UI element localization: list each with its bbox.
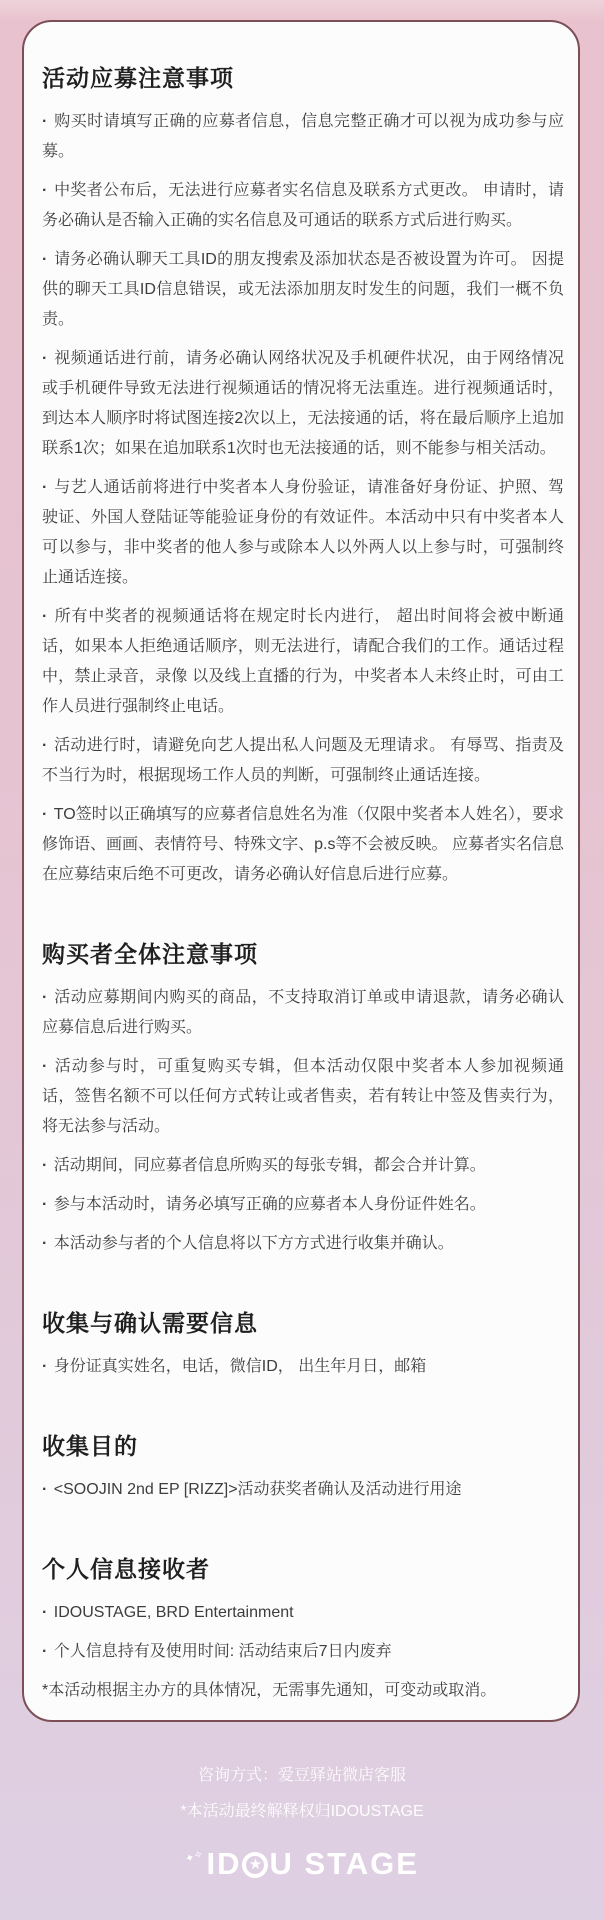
bullet-item: · 个人信息持有及使用时间: 活动结束后7日内废弃 [42,1637,564,1667]
bullet-dot-icon: · [42,1235,52,1252]
bullet-item: · 活动期间，同应募者信息所购买的每张专辑，都会合并计算。 [42,1151,564,1181]
bullet-item: · 活动参与时，可重复购买专辑，但本活动仅限中奖者本人参加视频通话，签售名额不可… [42,1052,564,1142]
section-heading: 个人信息接收者 [42,1551,564,1584]
footer-rights-line: *本活动最终解释权归IDOUSTAGE [0,1804,604,1820]
bullet-dot-icon: · [42,737,52,754]
notice-card: 活动应募注意事项· 购买时请填写正确的应募者信息，信息完整正确才可以视为成功参与… [22,20,580,1722]
bullet-dot-icon: · [42,1196,52,1213]
bullet-dot-icon: · [42,1481,52,1498]
star-in-circle-icon: ★ [242,1852,268,1878]
bullet-dot-icon: · [42,1643,52,1660]
section-heading: 收集目的 [42,1428,564,1461]
bullet-item: · 请务必确认聊天工具ID的朋友搜索及添加状态是否被设置为许可。 因提供的聊天工… [42,245,564,335]
bullet-dot-icon: · [42,479,52,496]
bullet-item: · IDOUSTAGE, BRD Entertainment [42,1598,564,1628]
bullet-item: · 参与本活动时，请务必填写正确的应募者本人身份证件姓名。 [42,1190,564,1220]
footer: 咨询方式：爱豆驿站微店客服 *本活动最终解释权归IDOUSTAGE ✦✧ ID … [0,1768,604,1882]
sparkle-stars-icon: ✦✧ [183,1847,205,1866]
bullet-item: · <SOOJIN 2nd EP [RIZZ]>活动获奖者确认及活动进行用途 [42,1475,564,1505]
section-heading: 购买者全体注意事项 [42,936,564,969]
note-item: *本活动根据主办方的具体情况，无需事先通知，可变动或取消。 [42,1676,564,1706]
card-sections: 活动应募注意事项· 购买时请填写正确的应募者信息，信息完整正确才可以视为成功参与… [42,60,564,1722]
bullet-dot-icon: · [42,1058,53,1075]
bullet-dot-icon: · [42,350,52,367]
logo-text-right: U STAGE [269,1846,419,1882]
bullet-item: · 视频通话进行前，请务必确认网络状况及手机硬件状况，由于网络情况或手机硬件导致… [42,344,564,464]
section-heading: 收集与确认需要信息 [42,1305,564,1338]
bullet-dot-icon: · [42,806,52,823]
bullet-item: · 身份证真实姓名，电话，微信ID， 出生年月日，邮箱 [42,1352,564,1382]
section-heading: 活动应募注意事项 [42,60,564,93]
bullet-item: · 本活动参与者的个人信息将以下方方式进行收集并确认。 [42,1229,564,1259]
logo-text-left: ID [206,1846,241,1882]
bullet-item: · 所有中奖者的视频通话将在规定时长内进行， 超出时间将会被中断通话，如果本人拒… [42,602,564,722]
bullet-item: · 中奖者公布后，无法进行应募者实名信息及联系方式更改。 申请时，请务必确认是否… [42,176,564,236]
bullet-item: · 与艺人通话前将进行中奖者本人身份验证，请准备好身份证、护照、驾驶证、外国人登… [42,473,564,593]
note-item: *活动期间内售卖的商品，将在视频活动结束后陆续发出。根据商品入库实际情况，出库日… [42,1715,564,1722]
footer-contact-line: 咨询方式：爱豆驿站微店客服 [0,1768,604,1784]
bullet-dot-icon: · [42,989,52,1006]
bullet-dot-icon: · [42,1604,52,1621]
bullet-dot-icon: · [42,182,52,199]
bullet-dot-icon: · [42,608,53,625]
bullet-item: · 活动应募期间内购买的商品，不支持取消订单或申请退款，请务必确认应募信息后进行… [42,983,564,1043]
bullet-dot-icon: · [42,113,52,130]
bullet-item: · TO签时以正确填写的应募者信息姓名为准（仅限中奖者本人姓名），要求修饰语、画… [42,800,564,890]
idoustage-logo: ✦✧ ID ★ U STAGE [185,1846,419,1882]
bullet-item: · 购买时请填写正确的应募者信息，信息完整正确才可以视为成功参与应募。 [42,107,564,167]
bullet-dot-icon: · [42,251,52,268]
bullet-dot-icon: · [42,1157,52,1174]
bullet-item: · 活动进行时，请避免向艺人提出私人问题及无理请求。 有辱骂、指责及不当行为时，… [42,731,564,791]
bullet-dot-icon: · [42,1358,52,1375]
